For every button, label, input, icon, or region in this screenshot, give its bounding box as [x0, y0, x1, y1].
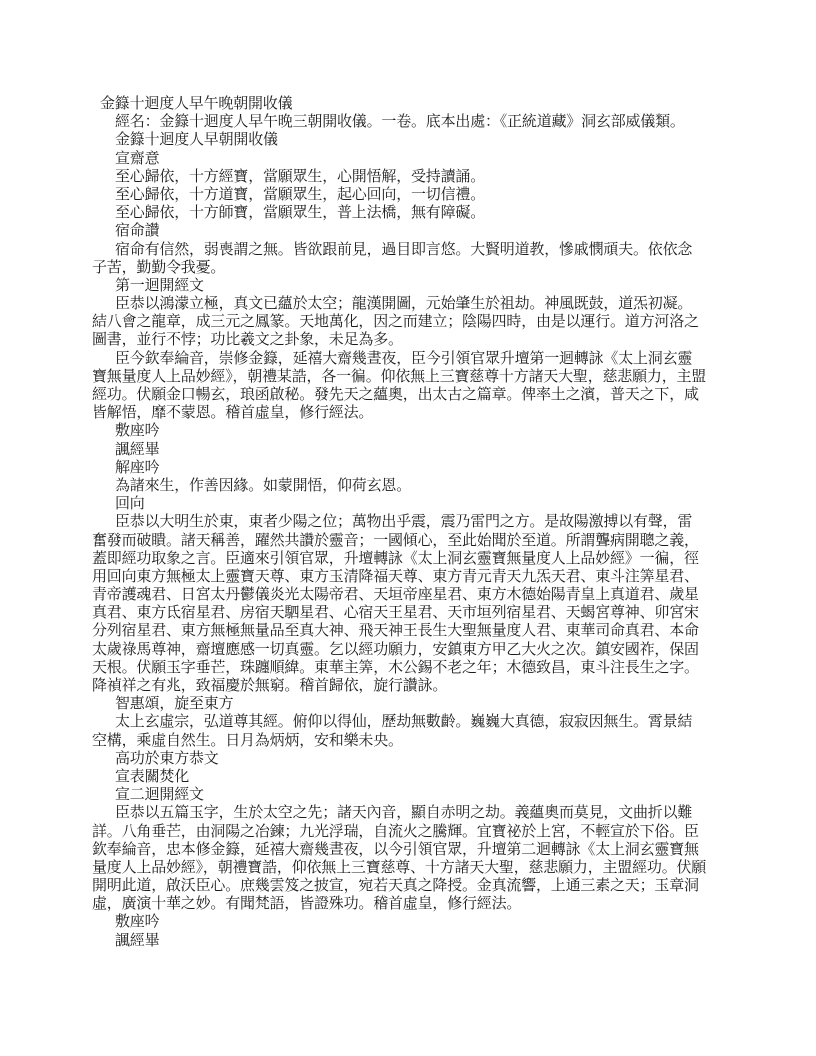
document-line: 經名：金籙十迴度人早午晚三朝開收儀。一卷。底本出處：《正統道藏》洞玄部威儀類。	[92, 113, 721, 131]
document-line: 宿命有信然，弱喪謂之無。皆欲跟前見，過目即言悠。大賢明道教，慘戚憫頑夫。依依念	[92, 241, 721, 259]
document-line: 欽奉綸音，忠本修金籙，延禧大齋幾晝夜，以今引領官眾，升壇第二迴轉詠《太上洞玄靈寶…	[92, 841, 721, 859]
document-line: 為諸來生，作善因緣。如蒙開悟，仰荷玄恩。	[92, 477, 721, 495]
document-line: 至心歸依，十方道寶，當願眾生，起心回向，一切信禮。	[92, 186, 721, 204]
document-body: 金籙十迴度人早午晚朝開收儀經名：金籙十迴度人早午晚三朝開收儀。一卷。底本出處：《…	[92, 95, 721, 950]
document-line: 宿命讚	[92, 222, 721, 240]
document-line: 開明此道，啟沃臣心。庶幾雲笈之披宣，宛若天真之降授。金真流響，上通三素之天；玉章…	[92, 877, 721, 895]
document-line: 空構，乘虛自然生。日月為炳炳，安和樂未央。	[92, 732, 721, 750]
document-line: 宣表關焚化	[92, 768, 721, 786]
document-line: 高功於東方恭文	[92, 750, 721, 768]
document-line: 經功。伏願金口暢玄，琅函啟秘。發先天之蘊奧，出太古之篇章。俾率土之濱，普天之下，…	[92, 386, 721, 404]
document-line: 青帝護魂君、日宮太丹鬱儀炎光太陽帝君、天垣帝座星君、東方木德始陽青皇上真道君、歲…	[92, 586, 721, 604]
document-line: 詳。八角垂芒，由洞陽之冶鍊；九光浮瑞，自流火之騰輝。宜寶祕於上宮，不輕宣於下俗。…	[92, 823, 721, 841]
document-line: 太歲祿馬尊神，齋壇應感一切真靈。乞以經功願力，安鎮東方甲乙大火之次。鎮安國祚，保…	[92, 641, 721, 659]
document-line: 金籙十迴度人早朝開收儀	[92, 131, 721, 149]
document-line: 臣恭以鴻濛立極，真文已蘊於太空；龍漢開圖，元始肇生於祖劫。神風既鼓，道炁初凝。	[92, 295, 721, 313]
document-line: 皆解悟，靡不蒙恩。稽首虛皇，修行經法。	[92, 404, 721, 422]
document-line: 敷座吟	[92, 913, 721, 931]
document-line: 降禎祥之有兆，致福慶於無窮。稽首歸依，旋行讚詠。	[92, 677, 721, 695]
document-line: 蓋即經功取象之言。臣適來引領官眾，升壇轉詠《太上洞玄靈寶無量度人上品妙經》一徧，…	[92, 550, 721, 568]
document-line: 至心歸依，十方師寶，當願眾生，普上法橋，無有障礙。	[92, 204, 721, 222]
document-line: 虛，廣演十華之妙。有聞梵語，皆證殊功。稽首虛皇，修行經法。	[92, 895, 721, 913]
document-line: 子苦，勤勤令我憂。	[92, 259, 721, 277]
document-line: 分列宿星君、東方無極無量品至真大神、飛天神王長生大聖無量度人君、東華司命真君、本…	[92, 622, 721, 640]
document-line: 結八會之龍章，成三元之鳳篆。天地萬化，因之而建立；陰陽四時，由是以運行。道方河洛…	[92, 313, 721, 331]
document-page: 金籙十迴度人早午晚朝開收儀經名：金籙十迴度人早午晚三朝開收儀。一卷。底本出處：《…	[0, 0, 816, 1056]
document-line: 智惠頌，旋至東方	[92, 695, 721, 713]
document-line: 太上玄虛宗，弘道尊其經。俯仰以得仙，歷劫無數齡。巍巍大真德，寂寂因無生。霄景結	[92, 713, 721, 731]
document-line: 臣恭以大明生於東，東者少陽之位；萬物出乎震，震乃雷門之方。是故陽激搏以有聲，雷	[92, 513, 721, 531]
document-line: 回向	[92, 495, 721, 513]
document-line: 奮發而破瞶。諸天稱善，躍然共讚於靈音；一國傾心，至此始聞於至道。所謂聾病開聰之義…	[92, 532, 721, 550]
document-line: 臣恭以五篇玉字，生於太空之先；諸天內音，顯自赤明之劫。義蘊奧而莫見，文曲折以難	[92, 804, 721, 822]
document-line: 第一迴開經文	[92, 277, 721, 295]
document-line: 宣二迴開經文	[92, 786, 721, 804]
document-line: 天根。伏願玉字垂芒，珠躔順緯。東華主筭，木公錫不老之年；木德致昌，東斗注長生之字…	[92, 659, 721, 677]
document-title: 金籙十迴度人早午晚朝開收儀	[92, 95, 721, 113]
document-line: 宣齋意	[92, 150, 721, 168]
document-line: 諷經畢	[92, 932, 721, 950]
document-line: 量度人上品妙經》，朝禮寶誥，仰依無上三寶慈尊、十方諸天大聖，慈悲願力，主盟經功。…	[92, 859, 721, 877]
document-line: 敷座吟	[92, 422, 721, 440]
document-line: 寶無量度人上品妙經》，朝禮某誥，各一徧。仰依無上三寶慈尊十方諸天大聖，慈悲願力，…	[92, 368, 721, 386]
document-line: 諷經畢	[92, 441, 721, 459]
document-line: 臣今欽奉綸音，崇修金籙，延禧大齋幾晝夜，臣今引領官眾升壇第一迴轉詠《太上洞玄靈	[92, 350, 721, 368]
document-line: 用回向東方無極太上靈寶天尊、東方玉清降福天尊、東方青元青天九炁天君、東斗注筭星君…	[92, 568, 721, 586]
document-line: 解座吟	[92, 459, 721, 477]
document-line: 圖書，並行不悖；功比羲文之卦象，未足為多。	[92, 331, 721, 349]
document-line: 至心歸依，十方經寶，當願眾生，心開悟解，受持讀誦。	[92, 168, 721, 186]
document-line: 真君、東方氐宿星君、房宿天駟星君、心宿天王星君、天市垣列宿星君、天蝎宮尊神、卯宮…	[92, 604, 721, 622]
